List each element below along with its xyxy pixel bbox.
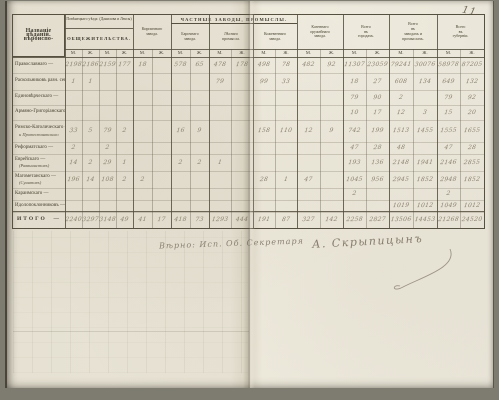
value-cell: 33 (274, 73, 298, 90)
column-rule (253, 15, 254, 228)
sex-column-header: Ж. (320, 49, 343, 57)
group-header: Кирпичнагозавода. (133, 15, 171, 49)
value-cell: 65 (189, 57, 210, 73)
row-label-text: Раскольниковъ разн. сектъ — (15, 78, 63, 85)
sex-column-header: М. (171, 49, 190, 57)
scanned-ledger-screenshot: { "page": { "folio": "11" }, "title": { … (0, 0, 499, 400)
sex-column-header: Ж. (413, 49, 437, 57)
value-cell: 47 (436, 142, 461, 154)
value-cell: 3148 (98, 212, 117, 228)
value-cell: 444 (230, 212, 254, 228)
value-cell: 498 (252, 57, 276, 73)
value-cell: 48 (388, 142, 414, 154)
sex-column-header: М. (297, 49, 320, 57)
value-cell: 11307 (342, 57, 367, 73)
column-rule (297, 15, 298, 228)
value-cell: 12 (296, 120, 322, 142)
value-cell: 1455 (412, 120, 439, 142)
value-cell: 99 (252, 73, 276, 90)
value-cell: 18 (132, 57, 153, 73)
value-cell: 28 (365, 142, 390, 154)
group-header: Барочнагозавода. (171, 24, 209, 49)
value-cell: 21268 (436, 212, 461, 228)
sex-column-header: Ж. (190, 49, 209, 57)
value-cell: 1 (208, 154, 232, 171)
value-cell: 79 (436, 90, 461, 105)
value-cell: 18 (342, 73, 367, 90)
value-cell: 79 (208, 73, 232, 90)
sex-column-header: М. (253, 49, 275, 57)
value-cell: 1941 (412, 154, 438, 171)
show-through-line (13, 331, 249, 332)
row-label-subtext: и Протестантскаго (15, 132, 63, 137)
value-cell: 87205 (459, 57, 485, 73)
group-header: Всеговъзаводахъ ипромыслахъ. (389, 15, 437, 49)
value-cell: 24520 (459, 212, 485, 228)
value-cell: 1513 (388, 120, 415, 142)
value-cell: 9 (319, 120, 345, 142)
value-cell: 956 (365, 171, 390, 188)
value-cell: 13506 (388, 212, 414, 228)
group-header-line: городахъ. (358, 34, 374, 39)
value-cell: 3297 (81, 212, 100, 228)
value-cell: 2 (388, 90, 414, 105)
value-cell: 92 (319, 57, 344, 73)
group-header-line: завода. (314, 34, 326, 39)
value-cell: 2258 (342, 212, 367, 228)
column-rule (413, 49, 414, 228)
sex-column-header: Ж. (275, 49, 297, 57)
row-label: Караимскаго — (13, 188, 65, 200)
column-rule (460, 49, 461, 228)
value-cell: 2 (436, 188, 461, 200)
column-rule (366, 49, 367, 228)
value-cell: 1045 (342, 171, 367, 188)
value-cell: 2 (170, 154, 191, 171)
group-header: Лѣснагопромысла. (209, 24, 253, 49)
row-label-text: Армяно-Григоріанскаго — (15, 109, 63, 116)
column-rule (152, 49, 153, 228)
row-label-text: Единовѣрческаго — (15, 94, 63, 101)
column-rule (133, 15, 134, 228)
value-cell: 132 (459, 73, 485, 90)
value-cell: 78 (274, 57, 298, 73)
value-cell: 110 (274, 120, 299, 142)
value-cell: 1 (274, 171, 298, 188)
sex-column-header: М. (99, 49, 116, 57)
value-cell: 2 (115, 120, 135, 142)
value-cell: 649 (436, 73, 461, 90)
scanned-page: 11 Названіе вѣроиспо- вѣданій. ЧАСТНЫЕ З… (5, 1, 494, 388)
value-cell: 142 (319, 212, 344, 228)
value-cell: 14453 (412, 212, 438, 228)
sex-column-header: М. (133, 49, 152, 57)
row-label: Магометанскаго —(Сунитовъ) (13, 171, 65, 188)
value-cell: 47 (342, 142, 367, 154)
column-rule (116, 49, 117, 228)
column-rule (190, 49, 191, 228)
value-cell: 17 (365, 105, 390, 120)
value-cell: 1852 (412, 171, 438, 188)
value-cell: 1655 (459, 120, 486, 142)
row-label-text: Православнаго — (15, 62, 63, 69)
value-cell: 2 (189, 154, 210, 171)
sex-column-header: Ж. (152, 49, 171, 57)
value-cell: 87 (274, 212, 298, 228)
group-header-line: завода. (269, 37, 281, 42)
value-cell: 178 (230, 57, 254, 73)
value-cell: 327 (296, 212, 321, 228)
value-cell: 1 (81, 73, 100, 90)
value-cell: 191 (252, 212, 276, 228)
row-label-text: Караимскаго — (15, 191, 63, 198)
banner-header: ЧАСТНЫЕ ЗАВОДЫ, ПРОМЫСЛЫ. (171, 15, 297, 24)
sex-column-header: М. (65, 49, 82, 57)
value-cell: 193 (342, 154, 367, 171)
signature-flourish (302, 241, 462, 303)
sex-column-header: М. (343, 49, 366, 57)
group-header-band: ОБЩЕЖИТЕЛЬСТВА. (66, 29, 132, 49)
group-header-line: промыслахъ. (402, 37, 424, 42)
value-cell: 177 (115, 57, 134, 73)
value-cell: 3 (412, 105, 438, 120)
column-rule (231, 49, 232, 228)
value-cell: 2198 (64, 57, 83, 73)
row-label: Реформатскаго — (13, 142, 65, 154)
value-cell: 2 (132, 171, 153, 188)
column-rule (99, 49, 100, 228)
group-header-line: завода. (184, 37, 196, 42)
value-cell: 2186 (81, 57, 100, 73)
confessions-table: Названіе вѣроиспо- вѣданій. ЧАСТНЫЕ ЗАВО… (12, 14, 485, 229)
row-label-subtext: (Сунитовъ) (15, 180, 63, 185)
value-cell: 199 (365, 120, 391, 142)
value-cell: 20 (459, 105, 485, 120)
value-cell: 2855 (459, 154, 485, 171)
row-label: Римско-Католическаго —и Протестантскаго (13, 120, 65, 142)
value-cell: 2827 (365, 212, 390, 228)
group-header-district: Повѣнецкаго уѣзда (Данилова и Лексы) (66, 17, 132, 28)
value-cell: 47 (296, 171, 321, 188)
value-cell: 2 (342, 188, 367, 200)
group-header-line: завода. (146, 32, 158, 37)
value-cell: 742 (342, 120, 368, 142)
value-cell: 41 (132, 212, 153, 228)
value-cell: 23059 (365, 57, 390, 73)
value-cell: 2948 (436, 171, 461, 188)
value-cell: 17 (151, 212, 172, 228)
value-cell: 10 (342, 105, 367, 120)
table-title-cell: Названіе вѣроиспо- вѣданій. (13, 15, 65, 57)
sex-column-header: Ж. (116, 49, 133, 57)
row-label-subtext: (Раввинистовъ) (15, 163, 63, 168)
value-cell: 2148 (388, 154, 414, 171)
value-cell: 27 (365, 73, 390, 90)
column-rule (389, 15, 390, 228)
label-column-rule (65, 15, 66, 228)
row-label: Еврейскаго —(Раввинистовъ) (13, 154, 65, 171)
group-header: Всеговъгуберніи. (437, 15, 484, 49)
group-header-line: промысла. (222, 37, 240, 42)
row-label: Единовѣрческаго — (13, 90, 65, 105)
value-cell: 1293 (208, 212, 232, 228)
value-cell: 92 (459, 90, 485, 105)
group-header: Всеговъгородахъ. (343, 15, 389, 49)
row-label: Православнаго — (13, 57, 65, 73)
column-rule (320, 49, 321, 228)
group-header: Казеннагооружейнагозавода. (297, 15, 343, 49)
value-cell: 134 (412, 73, 438, 90)
value-cell: 1852 (459, 171, 485, 188)
value-cell: 1 (115, 154, 134, 171)
value-cell: 2945 (388, 171, 414, 188)
row-label: Армяно-Григоріанскаго — (13, 105, 65, 120)
value-cell: 158 (252, 120, 277, 142)
value-cell: 608 (388, 73, 414, 90)
value-cell: 28 (252, 171, 276, 188)
value-cell: 136 (365, 154, 390, 171)
row-label-text: Идолопоклонниковъ — (15, 203, 63, 210)
row-label-text: Реформатскаго — (15, 145, 63, 152)
column-rule (82, 49, 83, 228)
value-cell: 2 (64, 142, 83, 154)
sex-column-header: Ж. (82, 49, 99, 57)
sex-column-header: М. (437, 49, 460, 57)
value-cell: 9 (189, 120, 211, 142)
value-cell: 58978 (436, 57, 461, 73)
value-cell: 2 (98, 142, 117, 154)
column-rule (209, 15, 210, 228)
value-cell: 28 (459, 142, 485, 154)
value-cell: 15 (436, 105, 461, 120)
value-cell: 73 (189, 212, 210, 228)
value-cell: 482 (296, 57, 321, 73)
value-cell: 478 (208, 57, 232, 73)
value-cell: 30076 (412, 57, 438, 73)
sex-column-header: Ж. (231, 49, 253, 57)
group-header-line: губерніи. (453, 34, 469, 39)
value-cell: 49 (115, 212, 134, 228)
value-cell: 79 (342, 90, 367, 105)
sex-column-header: Ж. (460, 49, 484, 57)
value-cell: 418 (170, 212, 191, 228)
sex-column-header: М. (389, 49, 413, 57)
value-cell: 12 (388, 105, 414, 120)
value-cell: 2146 (436, 154, 461, 171)
group-header: Кожевеннагозавода. (253, 24, 297, 49)
column-rule (275, 49, 276, 228)
value-cell: 2159 (98, 57, 117, 73)
show-through-grid (13, 231, 248, 373)
row-label: Раскольниковъ разн. сектъ — (13, 73, 65, 90)
sex-column-header: М. (209, 49, 231, 57)
column-rule (343, 15, 344, 228)
column-rule (437, 15, 438, 228)
value-cell: 79241 (388, 57, 414, 73)
column-rule (171, 15, 172, 228)
value-cell: 578 (170, 57, 191, 73)
total-row-label: ИТОГО — (13, 212, 65, 228)
value-cell: 2240 (64, 212, 83, 228)
table-title-line2: вѣданій. (26, 32, 51, 40)
sex-column-header: Ж. (366, 49, 389, 57)
value-cell: 90 (365, 90, 390, 105)
value-cell: 1555 (436, 120, 462, 142)
